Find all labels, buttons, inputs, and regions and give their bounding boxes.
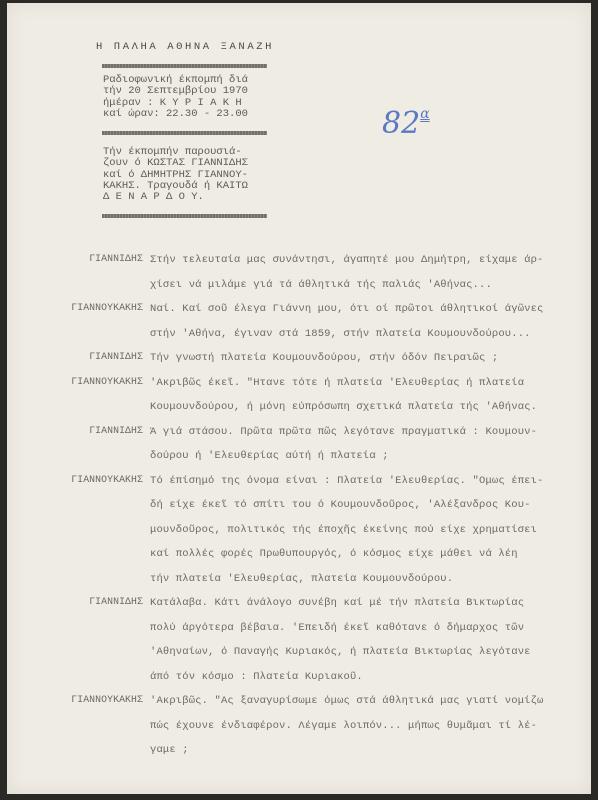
dialogue-line: άπό τόν κόσμο : Πλατεία Κυριακοῦ. <box>150 670 591 695</box>
dialogue-entry: ΓΙΑΝΝΙΔΗΣ Τήν γνωστή πλατεία Κουμουνδούρ… <box>7 351 591 376</box>
dialogue-line: Ά γιά στάσου. Πρῶτα πρῶτα πῶς λεγότανε π… <box>150 425 591 450</box>
presenters-line: Δ Ε Ν Α Ρ Δ Ο Υ. <box>103 192 270 203</box>
document-page: Η ΠΑΛΗΑ ΑΘΗΝΑ ΞΑΝΑΖΗ Ραδιοφωνική έκπομπή… <box>7 3 591 794</box>
dialogue-line: καί πολλές φορές Πρωθυπουργός, ό κόσμος … <box>150 547 591 572</box>
dialogue-entry: ΓΙΑΝΝΟΥΚΑΚΗΣ 'Ακριβῶς. "Ας ξαναγυρίσωμε … <box>7 694 591 768</box>
speaker-name: ΓΙΑΝΝΙΔΗΣ <box>15 351 143 362</box>
dialogue-entry: ΓΙΑΝΝΙΔΗΣ Ά γιά στάσου. Πρῶτα πρῶτα πῶς … <box>7 425 591 474</box>
dialogue-line: 'Ακριβῶς έκεῖ. "Ητανε τότε ή πλατεία 'Ελ… <box>150 376 591 401</box>
dialogue-entry: ΓΙΑΝΝΟΥΚΑΚΗΣ 'Ακριβῶς έκεῖ. "Ητανε τότε … <box>7 376 591 425</box>
dialogue-line: Στήν τελευταία μας συνάντησι, άγαπητέ μο… <box>150 253 591 278</box>
dialogue: ΓΙΑΝΝΙΔΗΣ Στήν τελευταία μας συνάντησι, … <box>7 253 591 768</box>
script-header: Η ΠΑΛΗΑ ΑΘΗΝΑ ΞΑΝΑΖΗ Ραδιοφωνική έκπομπή… <box>90 41 270 218</box>
speaker-name: ΓΙΑΝΝΟΥΚΑΚΗΣ <box>15 376 143 387</box>
dialogue-entry: ΓΙΑΝΝΟΥΚΑΚΗΣ Ναί. Καί σοῦ έλεγα Γιάννη μ… <box>7 302 591 351</box>
speaker-name: ΓΙΑΝΝΙΔΗΣ <box>15 425 143 436</box>
dialogue-line: Ναί. Καί σοῦ έλεγα Γιάννη μου, ότι οί πρ… <box>150 302 591 327</box>
broadcast-info-line: τήν 20 Σεπτεμβρίου 1970 <box>103 86 270 97</box>
dialogue-entry: ΓΙΑΝΝΟΥΚΑΚΗΣ Τό έπίσημό της όνομα είναι … <box>7 474 591 597</box>
page-number-value: 82 <box>382 106 420 141</box>
speaker-name: ΓΙΑΝΝΟΥΚΑΚΗΣ <box>15 474 143 485</box>
dialogue-line: μουνδοῦρος, πολιτικός τής έποχῆς έκείνης… <box>150 523 591 548</box>
dialogue-entry: ΓΙΑΝΝΙΔΗΣ Κατάλαβα. Κάτι άνάλογο συνέβη … <box>7 596 591 694</box>
dialogue-line: 'Ακριβῶς. "Ας ξαναγυρίσωμε όμως στά άθλη… <box>150 694 591 719</box>
dialogue-line: τήν πλατεία 'Ελευθερίας, πλατεία Κουμουν… <box>150 572 591 597</box>
program-title: Η ΠΑΛΗΑ ΑΘΗΝΑ ΞΑΝΑΖΗ <box>96 41 270 53</box>
dialogue-line: χίσει νά μιλάμε γιά τά άθλητικά τής παλι… <box>150 278 591 303</box>
dialogue-line: στήν 'Αθήνα, έγιναν στά 1859, στήν πλατε… <box>150 327 591 352</box>
page-number-suffix: α <box>420 106 429 122</box>
dialogue-line: Τήν γνωστή πλατεία Κουμουνδούρου, στήν ό… <box>150 351 591 376</box>
dialogue-line: Τό έπίσημό της όνομα είναι : Πλατεία 'Ελ… <box>150 474 591 499</box>
dialogue-line: δούρου ή 'Ελευθερίας αύτή ή πλατεία ; <box>150 449 591 474</box>
presenters-info: Τήν έκπομπήν παρουσιά- ζουν ό ΚΩΣΤΑΣ ΓΙΑ… <box>103 147 270 203</box>
header-rule-top <box>102 64 267 68</box>
broadcast-info: Ραδιοφωνική έκπομπή διά τήν 20 Σεπτεμβρί… <box>103 75 270 120</box>
dialogue-line: Κατάλαβα. Κάτι άνάλογο συνέβη καί μέ τήν… <box>150 596 591 621</box>
header-rule-bottom <box>102 214 267 218</box>
handwritten-page-number: 82α <box>382 103 430 139</box>
dialogue-line: 'Αθηναίων, ό Παναγής Κυριακός, ή πλατεία… <box>150 645 591 670</box>
speaker-name: ΓΙΑΝΝΟΥΚΑΚΗΣ <box>15 694 143 705</box>
speaker-name: ΓΙΑΝΝΙΔΗΣ <box>15 596 143 607</box>
dialogue-line: γαμε ; <box>150 743 591 768</box>
speaker-name: ΓΙΑΝΝΟΥΚΑΚΗΣ <box>15 302 143 313</box>
dialogue-line: δή είχε έκεῖ τό σπίτι του ό Κουμουνδοῦρο… <box>150 498 591 523</box>
broadcast-info-line: καί ώραν: 22.30 - 23.00 <box>103 109 270 120</box>
header-rule-middle <box>102 131 267 135</box>
dialogue-entry: ΓΙΑΝΝΙΔΗΣ Στήν τελευταία μας συνάντησι, … <box>7 253 591 302</box>
dialogue-line: πολύ άργότερα βέβαια. 'Επειδή έκεῖ καθότ… <box>150 621 591 646</box>
dialogue-line: Κουμουνδούρου, ή μόνη εύπρόσωπη σχετικά … <box>150 400 591 425</box>
speaker-name: ΓΙΑΝΝΙΔΗΣ <box>15 253 143 264</box>
dialogue-line: πώς έχουνε ένδιαφέρον. Λέγαμε λοιπόν... … <box>150 719 591 744</box>
